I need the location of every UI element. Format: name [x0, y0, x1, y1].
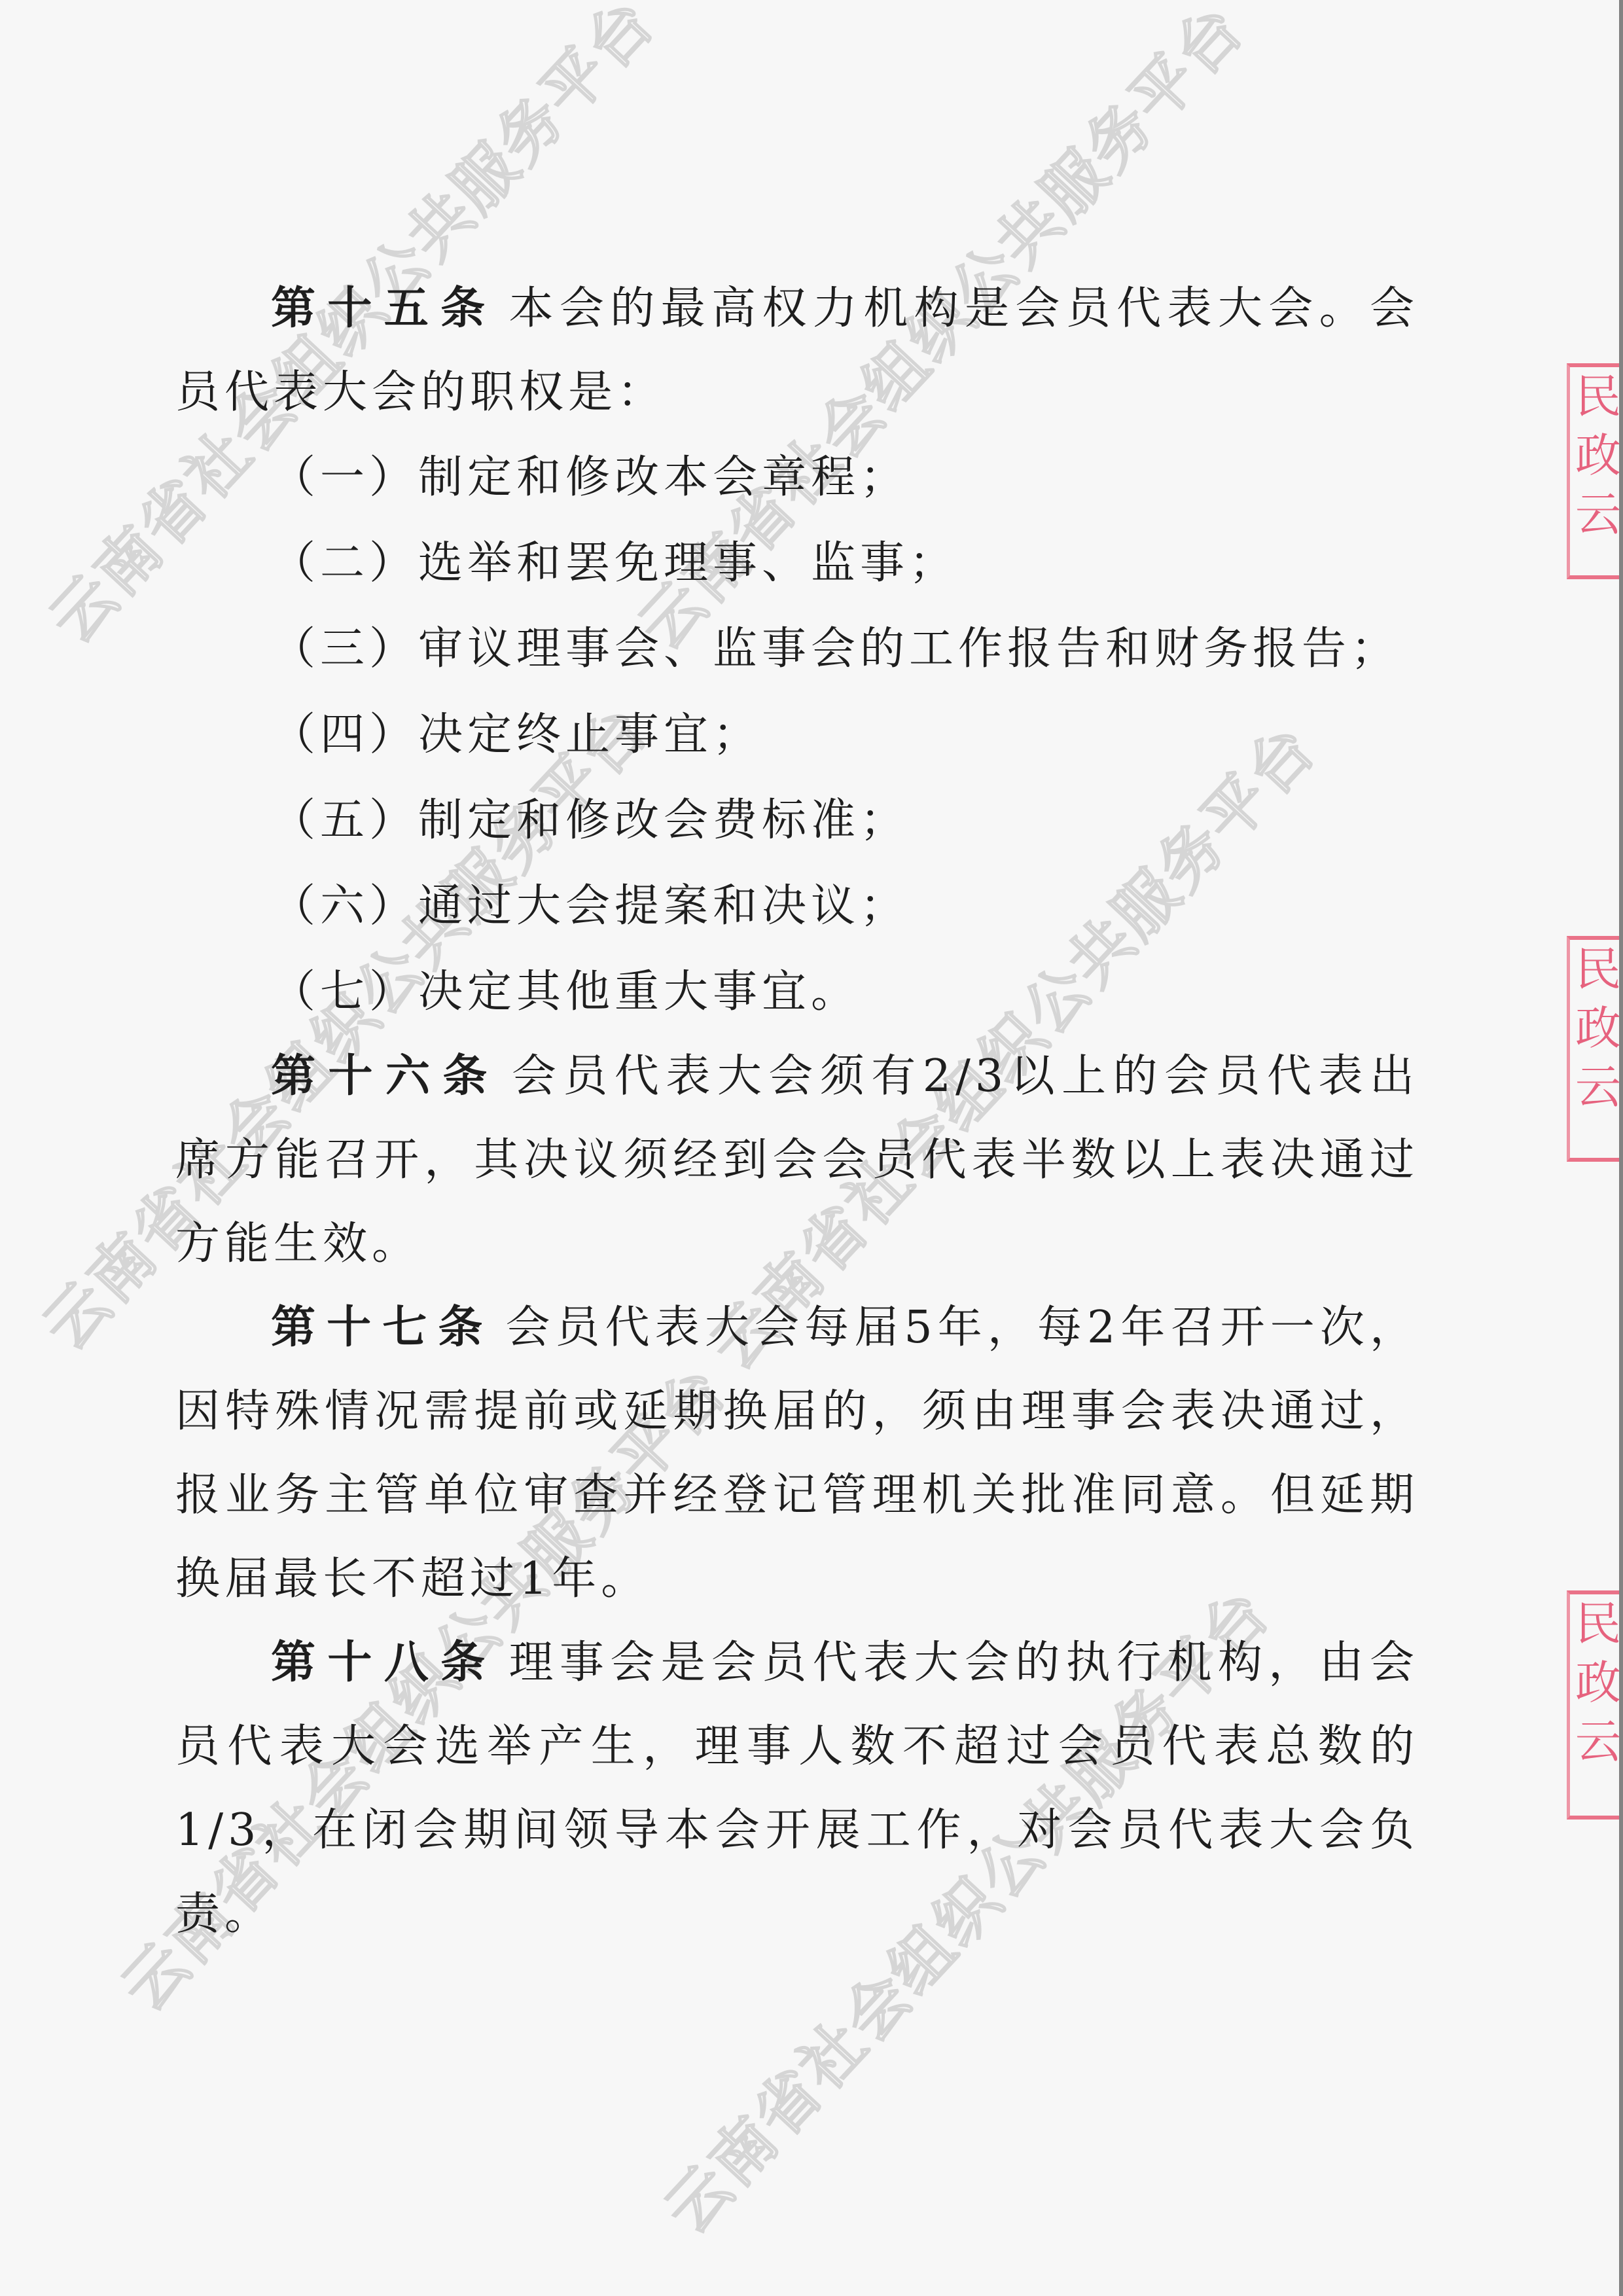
stamp-char: 民	[1575, 940, 1619, 999]
list-item: （四）决定终止事宜；	[175, 692, 1419, 778]
seal-stamp: 民 政 云	[1567, 936, 1619, 1162]
article-17: 第十七条会员代表大会每届5年，每2年召开一次，因特殊情况需提前或延期换届的，须由…	[175, 1286, 1419, 1621]
stamp-char: 云	[1575, 485, 1619, 544]
stamp-char: 民	[1575, 367, 1619, 426]
stamp-char: 政	[1575, 426, 1619, 485]
list-item: （五）制定和修改会费标准；	[175, 778, 1419, 863]
document-page: 云南省社会组织公共服务平台 云南省社会组织公共服务平台 云南省社会组织公共服务平…	[0, 0, 1623, 2296]
list-item: （七）决定其他重大事宜。	[175, 949, 1419, 1035]
list-item: （三）审议理事会、监事会的工作报告和财务报告；	[175, 606, 1419, 692]
stamp-char: 政	[1575, 999, 1619, 1058]
article-16: 第十六条会员代表大会须有2/3以上的会员代表出席方能召开，其决议须经到会会员代表…	[175, 1035, 1419, 1286]
article-label: 第十六条	[271, 1050, 500, 1102]
article-18: 第十八条理事会是会员代表大会的执行机构，由会员代表大会选举产生，理事人数不超过会…	[175, 1621, 1419, 1956]
list-item: （二）选举和罢免理事、监事；	[175, 520, 1419, 606]
document-body: 第十五条本会的最高权力机构是会员代表大会。会员代表大会的职权是： （一）制定和修…	[175, 267, 1419, 1956]
list-item: （六）通过大会提案和决议；	[175, 863, 1419, 949]
article-label: 第十七条	[271, 1302, 493, 1354]
article-label: 第十八条	[271, 1637, 497, 1689]
stamp-char: 政	[1575, 1653, 1619, 1712]
list-item: （一）制定和修改本会章程；	[175, 435, 1419, 520]
article-label: 第十五条	[271, 283, 497, 334]
scan-edge	[1619, 0, 1623, 2296]
seal-stamp: 民 政 云	[1567, 1590, 1619, 1820]
stamp-char: 云	[1575, 1058, 1619, 1117]
stamp-char: 云	[1575, 1712, 1619, 1771]
article-15: 第十五条本会的最高权力机构是会员代表大会。会员代表大会的职权是：	[175, 267, 1419, 435]
seal-stamp: 民 政 云	[1567, 363, 1619, 579]
stamp-char: 民	[1575, 1594, 1619, 1653]
